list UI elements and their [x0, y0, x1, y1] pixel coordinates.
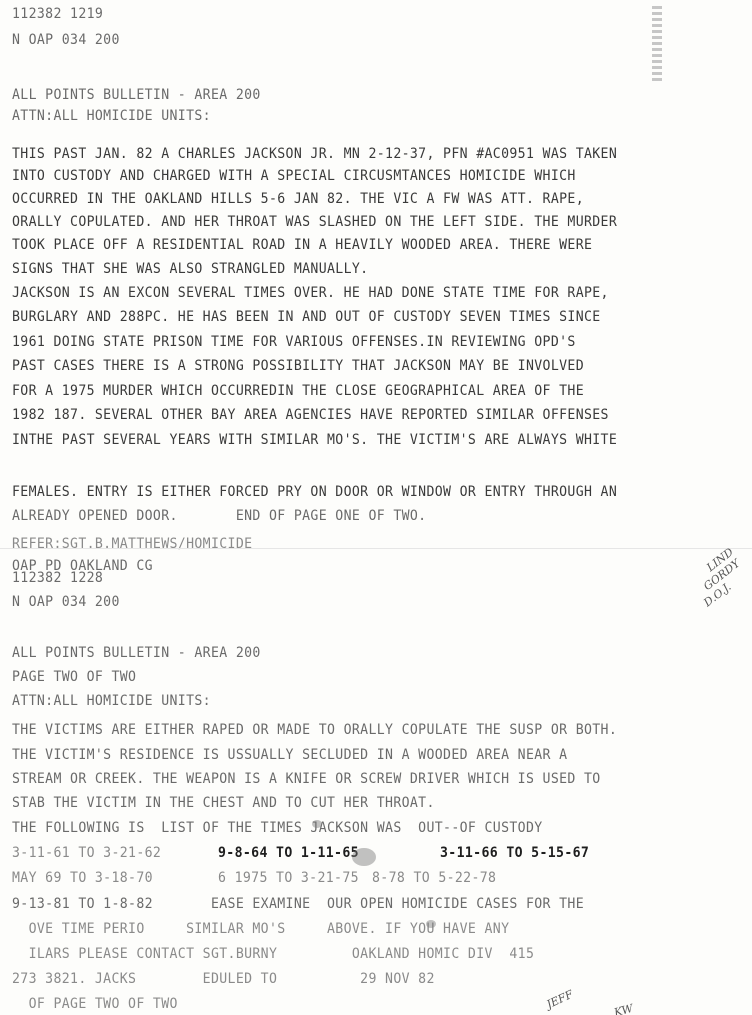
page1-header-timestamp: 112382 1219	[12, 6, 103, 22]
body-line: THE VICTIM'S RESIDENCE IS USSUALLY SECLU…	[12, 747, 567, 763]
ink-smudge	[426, 920, 436, 928]
body-line: THE VICTIMS ARE EITHER RAPED OR MADE TO …	[12, 722, 617, 738]
body-line: PAST CASES THERE IS A STRONG POSSIBILITY…	[12, 358, 584, 374]
closing-line: 273 3821. JACKS EDULED TO 29 NOV 82	[12, 971, 435, 987]
body-line: ORALLY COPULATED. AND HER THROAT WAS SLA…	[12, 214, 617, 230]
body-line: OCCURRED IN THE OAKLAND HILLS 5-6 JAN 82…	[12, 191, 584, 207]
body-line: JACKSON IS AN EXCON SEVERAL TIMES OVER. …	[12, 285, 609, 301]
handwritten-bottom-note: JEFF	[545, 988, 576, 1011]
page2-header-timestamp: 112382 1228	[12, 570, 103, 586]
body-line: 1982 187. SEVERAL OTHER BAY AREA AGENCIE…	[12, 407, 609, 423]
ink-smudge	[312, 820, 322, 828]
page-divider	[0, 548, 752, 549]
custody-period: 9-8-64 TO 1-11-65	[218, 845, 359, 861]
body-line: FEMALES. ENTRY IS EITHER FORCED PRY ON D…	[12, 484, 617, 500]
page1-header-routing: N OAP 034 200	[12, 32, 120, 48]
scan-edge-mark	[652, 6, 662, 84]
body-line: FOR A 1975 MURDER WHICH OCCURREDIN THE C…	[12, 383, 584, 399]
body-line: 1961 DOING STATE PRISON TIME FOR VARIOUS…	[12, 334, 576, 350]
page2-page-label: PAGE TWO OF TWO	[12, 669, 136, 685]
body-line: BURGLARY AND 288PC. HE HAS BEEN IN AND O…	[12, 309, 601, 325]
ink-smudge	[352, 848, 376, 866]
custody-period: 3-11-66 TO 5-15-67	[440, 845, 589, 861]
page1-attn: ATTN:ALL HOMICIDE UNITS:	[12, 108, 211, 124]
custody-period: 6 1975 TO 3-21-75	[218, 870, 359, 886]
page1-refer: REFER:SGT.B.MATTHEWS/HOMICIDE	[12, 536, 252, 552]
body-line: ALREADY OPENED DOOR. END OF PAGE ONE OF …	[12, 508, 426, 524]
body-line: STAB THE VICTIM IN THE CHEST AND TO CUT …	[12, 795, 435, 811]
page1-title: ALL POINTS BULLETIN - AREA 200	[12, 87, 261, 103]
handwritten-bottom-note: KW	[613, 1002, 635, 1015]
teletype-document: 112382 1219 N OAP 034 200 ALL POINTS BUL…	[0, 0, 752, 1015]
body-line: INTO CUSTODY AND CHARGED WITH A SPECIAL …	[12, 168, 576, 184]
body-line: INTHE PAST SEVERAL YEARS WITH SIMILAR MO…	[12, 432, 617, 448]
page2-title: ALL POINTS BULLETIN - AREA 200	[12, 645, 261, 661]
page2-attn: ATTN:ALL HOMICIDE UNITS:	[12, 693, 211, 709]
body-line: THIS PAST JAN. 82 A CHARLES JACKSON JR. …	[12, 146, 617, 162]
custody-period: 8-78 TO 5-22-78	[372, 870, 496, 886]
body-line: STREAM OR CREEK. THE WEAPON IS A KNIFE O…	[12, 771, 601, 787]
handwritten-margin-note: LIND GORDY D.O.J.	[690, 549, 747, 606]
body-line: TOOK PLACE OFF A RESIDENTIAL ROAD IN A H…	[12, 237, 592, 253]
closing-line: OF PAGE TWO OF TWO	[12, 996, 178, 1012]
page2-header-routing: N OAP 034 200	[12, 594, 120, 610]
custody-period: MAY 69 TO 3-18-70	[12, 870, 153, 886]
body-line: THE FOLLOWING IS LIST OF THE TIMES JACKS…	[12, 820, 543, 836]
custody-period: 3-11-61 TO 3-21-62	[12, 845, 161, 861]
closing-line: ILARS PLEASE CONTACT SGT.BURNY OAKLAND H…	[12, 946, 534, 962]
body-line: SIGNS THAT SHE WAS ALSO STRANGLED MANUAL…	[12, 261, 368, 277]
closing-line: 9-13-81 TO 1-8-82 EASE EXAMINE OUR OPEN …	[12, 896, 584, 912]
